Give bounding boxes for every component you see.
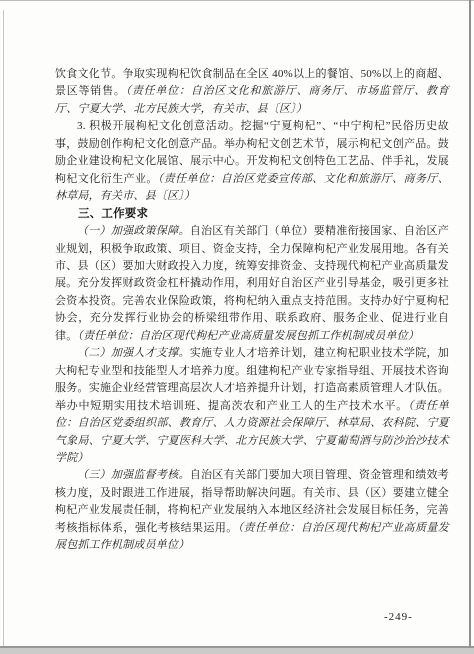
document-body: 饮食文化节。争取实现枸杞饮食制品在全区 40%以上的餐馆、50%以上的商超、景区…: [55, 66, 449, 555]
paragraph: （三）加强监督考核。自治区有关部门要加大项目管理、资金管理和绩效考核力度，及时跟…: [55, 467, 449, 554]
paragraph: （二）加强人才支撑。实施专业人才培养计划，建立枸杞职业技术学院，加大枸杞专业型和…: [55, 345, 449, 467]
scanned-document-page: 饮食文化节。争取实现枸杞饮食制品在全区 40%以上的餐馆、50%以上的商超、景区…: [0, 0, 474, 654]
kaiti-text-segment: （一）加强政策保障。: [77, 225, 190, 237]
page-bottom-edge: [0, 646, 474, 654]
section-heading: 三、工作要求: [55, 206, 449, 223]
paragraph: 饮食文化节。争取实现枸杞饮食制品在全区 40%以上的餐馆、50%以上的商超、景区…: [55, 66, 449, 118]
body-text-segment: 自治区有关部门（单位）要精准衔接国家、自治区产业规划，积极争取政策、项目、资金支…: [55, 225, 449, 342]
kaiti-text-segment: （三）加强监督考核。: [77, 469, 190, 481]
page-number: -249-: [384, 611, 413, 623]
page-left-edge: [3, 10, 4, 648]
page-right-edge: [469, 0, 471, 648]
kaiti-text-segment: （二）加强人才支撑。: [77, 347, 190, 359]
paragraph: （一）加强政策保障。自治区有关部门（单位）要精准衔接国家、自治区产业规划，积极争…: [55, 223, 449, 345]
kaiti-text-segment: （责任单位：自治区现代枸杞产业高质量发展包抓工作机制成员单位）: [77, 330, 419, 342]
page-top-edge: [0, 0, 474, 1]
paragraph: 3. 积极开展枸杞文化创意活动。挖掘“宁夏枸杞”、“中宁枸杞”民俗历史故事，鼓励…: [55, 118, 449, 205]
